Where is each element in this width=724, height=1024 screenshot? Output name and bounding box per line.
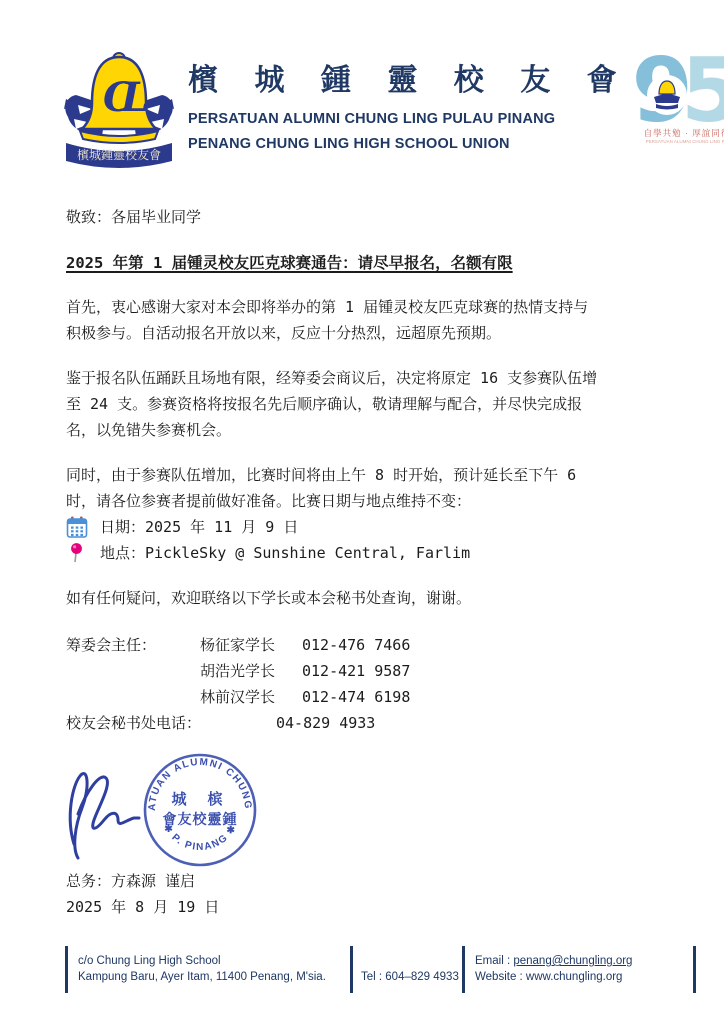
footer-tel: Tel : 604–829 4933 [353, 946, 462, 993]
org-title-en-2: PENANG CHUNG LING HIGH SCHOOL UNION [188, 136, 630, 152]
salutation: 敬致：各届毕业同学 [66, 205, 660, 229]
footer-divider [693, 946, 696, 993]
paragraph-3: 同时，由于参赛队伍增加，比赛时间将由上午 8 时开始，预计延长至下午 6 时，请… [66, 462, 660, 514]
contact-name: 杨征家学长 [200, 632, 302, 658]
letter-body: 敬致：各届毕业同学 2025 年第 1 届锺灵校友匹克球赛通告：请尽早报名，名额… [66, 205, 660, 920]
org-title-en-1: PERSATUAN ALUMNI CHUNG LING PULAU PINANG [188, 111, 630, 127]
contact-phone: 012-421 9587 [302, 658, 660, 684]
letter-page: CL 檳城鍾靈校友會 檳 城 鍾 靈 校 友 會 PERSATUAN ALUMN… [0, 0, 724, 1024]
calendar-icon [66, 516, 88, 538]
footer-address-line2: Kampung Baru, Ayer Itam, 11400 Penang, M… [78, 969, 340, 985]
signature [62, 762, 142, 866]
anniversary-logo: 95 周年 自學共勉 · 厚誼同行 PERSATUAN ALUMNI CHUNG… [632, 45, 724, 173]
contact-row: 林前汉学长 012-474 6198 [66, 684, 660, 710]
footer-address: c/o Chung Ling High School Kampung Baru,… [68, 946, 350, 993]
footer-address-line1: c/o Chung Ling High School [78, 953, 340, 969]
secretary-label: 校友会秘书处电话： [66, 710, 276, 736]
footer-email-label: Email : [475, 955, 513, 967]
contact-name: 胡浩光学长 [200, 658, 302, 684]
anniversary-subline: PERSATUAN ALUMNI CHUNG LING PULAU PINANG [646, 139, 724, 144]
contact-name: 林前汉学长 [200, 684, 302, 710]
signature-stamp-block: PERSATUAN ALUMNI CHUNG LING ✱ P. PINANG … [66, 748, 660, 868]
paragraph-1: 首先，衷心感谢大家对本会即将举办的第 1 届锺灵校友匹克球赛的热情支持与 积极参… [66, 294, 660, 346]
crest-banner-text: 檳城鍾靈校友會 [77, 147, 161, 162]
contact-phone: 012-476 7466 [302, 632, 660, 658]
footer-email-link[interactable]: penang@chungling.org [513, 955, 632, 967]
crest-banner: 檳城鍾靈校友會 [66, 143, 172, 168]
stamp-inner-line2: 會友校靈鍾 [163, 811, 238, 828]
contact-row: 胡浩光学长 012-421 9587 [66, 658, 660, 684]
contact-phone: 012-474 6198 [302, 684, 660, 710]
contact-list: 筹委会主任： 杨征家学长 012-476 7466 胡浩光学长 012-421 … [66, 632, 660, 736]
closing-signoff: 总务：方森源 谨启 [66, 868, 660, 894]
org-title-zh: 檳 城 鍾 靈 校 友 會 [188, 55, 630, 99]
footer-contact: Email : penang@chungling.org Website : w… [465, 946, 693, 993]
letterhead: CL 檳城鍾靈校友會 檳 城 鍾 靈 校 友 會 PERSATUAN ALUMN… [60, 45, 674, 173]
association-stamp: PERSATUAN ALUMNI CHUNG LING ✱ P. PINANG … [140, 750, 260, 870]
closing-block: 总务：方森源 谨启 2025 年 8 月 19 日 [66, 868, 660, 920]
date-line: 日期：2025 年 11 月 9 日 [66, 514, 660, 540]
footer-website: Website : www.chungling.org [475, 969, 683, 985]
secretary-row: 校友会秘书处电话： 04-829 4933 [66, 710, 660, 736]
paragraph-4: 如有任何疑问，欢迎联络以下学长或本会秘书处查询，谢谢。 [66, 585, 660, 611]
contact-row: 筹委会主任： 杨征家学长 012-476 7466 [66, 632, 660, 658]
subject-title: 2025 年第 1 届锺灵校友匹克球赛通告：请尽早报名，名额有限 [66, 251, 660, 275]
anniversary-tagline: 自學共勉 · 厚誼同行 [644, 127, 724, 139]
mini-crest-icon [647, 75, 687, 115]
org-titles: 檳 城 鍾 靈 校 友 會 PERSATUAN ALUMNI CHUNG LIN… [188, 45, 630, 152]
footer: c/o Chung Ling High School Kampung Baru,… [65, 946, 696, 993]
paragraph-2: 鉴于报名队伍踊跃且场地有限，经筹委会商议后，决定将原定 16 支参赛队伍增 至 … [66, 365, 660, 443]
secretary-phone: 04-829 4933 [276, 710, 375, 736]
bell-icon: CL [80, 53, 158, 143]
committee-label: 筹委会主任： [66, 632, 200, 658]
date-text: 日期：2025 年 11 月 9 日 [100, 514, 298, 540]
venue-line: 地点：PickleSky @ Sunshine Central, Farlim [66, 540, 660, 566]
pin-icon [66, 542, 88, 564]
venue-text: 地点：PickleSky @ Sunshine Central, Farlim [100, 540, 470, 566]
crest-logo: CL 檳城鍾靈校友會 [60, 45, 178, 173]
stamp-inner-line1: 城 槟 [171, 790, 228, 808]
closing-date: 2025 年 8 月 19 日 [66, 894, 660, 920]
